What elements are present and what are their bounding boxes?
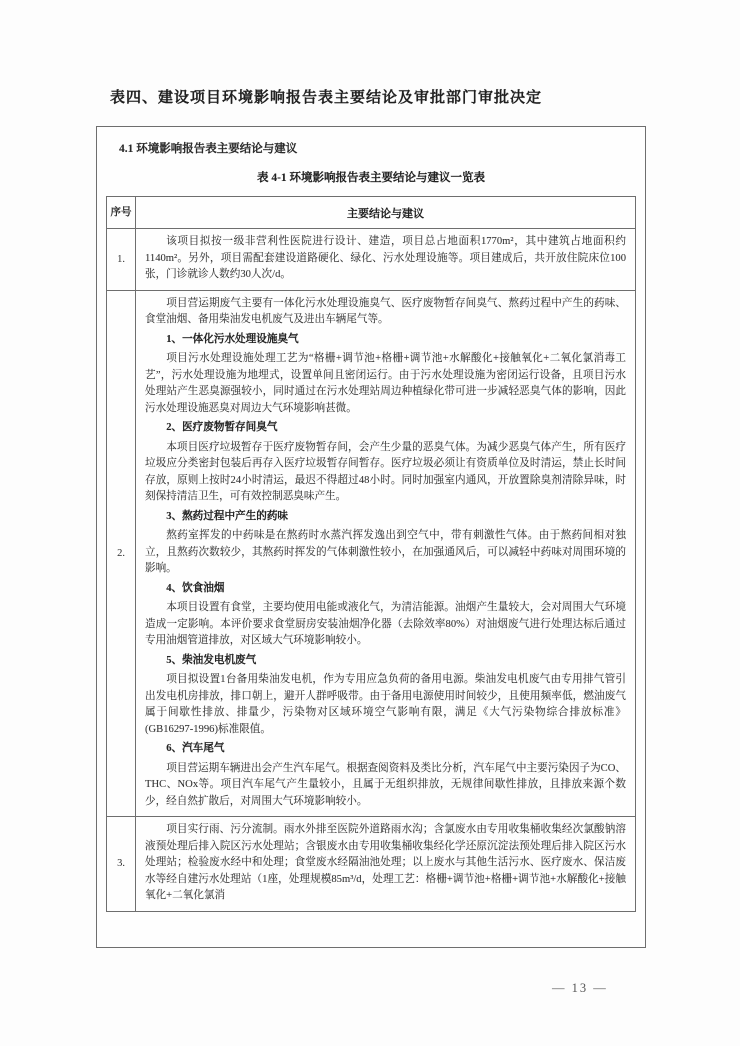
section-heading: 4.1 环境影响报告表主要结论与建议: [119, 140, 645, 156]
table-row: 3.项目实行雨、污分流制。雨水外排至医院外道路雨水沟；含氯废水由专用收集桶收集经…: [107, 817, 636, 912]
header-content: 主要结论与建议: [136, 197, 636, 229]
sub-heading: 5、柴油发电机废气: [145, 653, 626, 670]
paragraph: 该项目拟按一级非营利性医院进行设计、建造，项目总占地面积1770m²，其中建筑占…: [145, 234, 626, 284]
document-page: 表四、建设项目环境影响报告表主要结论及审批部门审批决定 4.1 环境影响报告表主…: [0, 0, 740, 1046]
row-index: 2.: [107, 290, 136, 817]
sub-heading: 2、医疗废物暂存间臭气: [145, 420, 626, 437]
sub-heading: 3、熬药过程中产生的药味: [145, 509, 626, 526]
row-content: 项目实行雨、污分流制。雨水外排至医院外道路雨水沟；含氯废水由专用收集桶收集经次氯…: [136, 817, 636, 912]
paragraph: 本项目设置有食堂，主要均使用电能或液化气，为清洁能源。油烟产生量较大，会对周围大…: [145, 600, 626, 650]
paragraph: 项目实行雨、污分流制。雨水外排至医院外道路雨水沟；含氯废水由专用收集桶收集经次氯…: [145, 822, 626, 905]
header-index: 序号: [107, 197, 136, 229]
table-row: 2.项目营运期废气主要有一体化污水处理设施臭气、医疗废物暂存间臭气、熬药过程中产…: [107, 290, 636, 817]
sub-heading: 6、汽车尾气: [145, 741, 626, 758]
row-index: 1.: [107, 229, 136, 291]
sub-heading: 1、一体化污水处理设施臭气: [145, 332, 626, 349]
paragraph: 项目污水处理设施处理工艺为“格栅+调节池+格栅+调节池+水解酸化+接触氧化+二氧…: [145, 351, 626, 417]
conclusions-table: 序号 主要结论与建议 1.该项目拟按一级非营利性医院进行设计、建造，项目总占地面…: [106, 196, 636, 912]
row-content: 该项目拟按一级非营利性医院进行设计、建造，项目总占地面积1770m²，其中建筑占…: [136, 229, 636, 291]
paragraph: 熬药室挥发的中药味是在熬药时水蒸汽挥发逸出到空气中，带有刺激性气体。由于熬药间相…: [145, 528, 626, 578]
table-row: 1.该项目拟按一级非营利性医院进行设计、建造，项目总占地面积1770m²，其中建…: [107, 229, 636, 291]
document-title: 表四、建设项目环境影响报告表主要结论及审批部门审批决定: [110, 86, 620, 107]
table-header-row: 序号 主要结论与建议: [107, 197, 636, 229]
paragraph: 项目营运期车辆进出会产生汽车尾气。根据查阅资料及类比分析，汽车尾气中主要污染因子…: [145, 761, 626, 811]
paragraph: 本项目医疗垃圾暂存于医疗废物暂存间，会产生少量的恶臭气体。为减少恶臭气体产生，所…: [145, 440, 626, 506]
table-caption: 表 4-1 环境影响报告表主要结论与建议一览表: [97, 169, 645, 185]
paragraph: 项目拟设置1台备用柴油发电机，作为专用应急负荷的备用电源。柴油发电机废气由专用排…: [145, 672, 626, 738]
form-outer-box: 4.1 环境影响报告表主要结论与建议 表 4-1 环境影响报告表主要结论与建议一…: [96, 126, 646, 948]
conclusions-table-body: 1.该项目拟按一级非营利性医院进行设计、建造，项目总占地面积1770m²，其中建…: [107, 229, 636, 912]
page-number: — 13 —: [552, 981, 608, 996]
row-content: 项目营运期废气主要有一体化污水处理设施臭气、医疗废物暂存间臭气、熬药过程中产生的…: [136, 290, 636, 817]
row-index: 3.: [107, 817, 136, 912]
paragraph: 项目营运期废气主要有一体化污水处理设施臭气、医疗废物暂存间臭气、熬药过程中产生的…: [145, 296, 626, 329]
sub-heading: 4、饮食油烟: [145, 581, 626, 598]
